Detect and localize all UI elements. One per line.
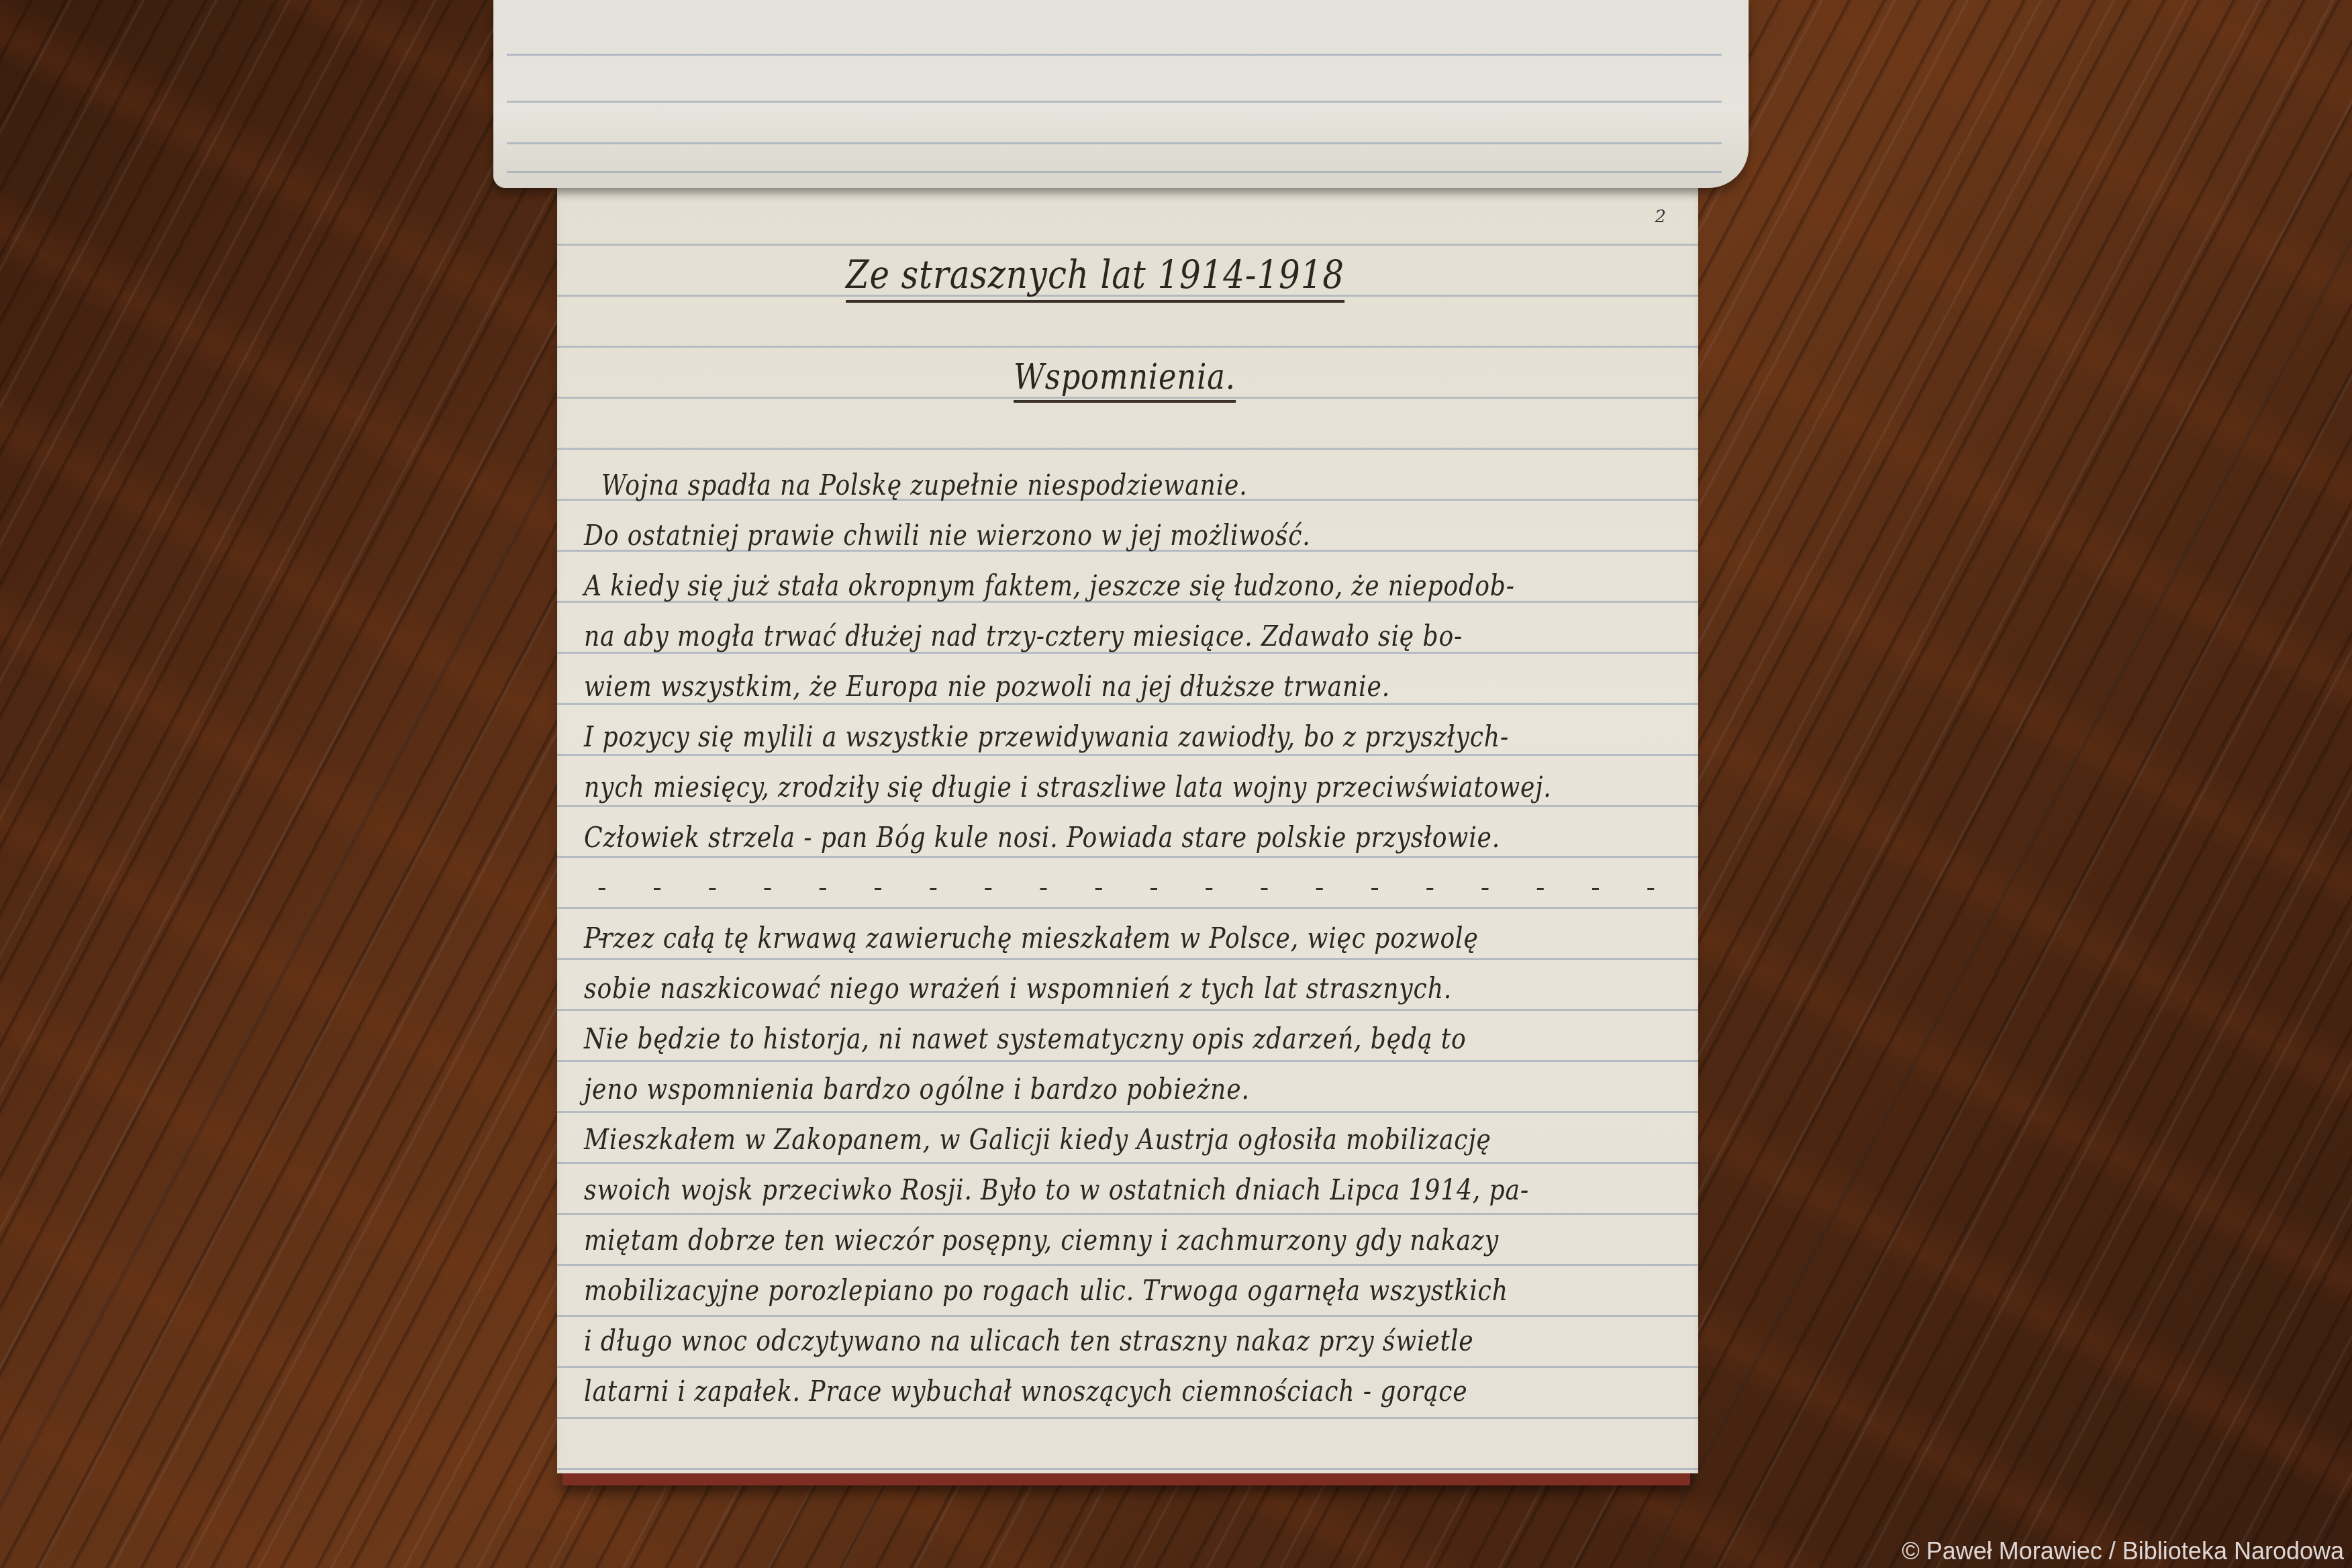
rule-line (507, 54, 1722, 56)
text-line: Człowiek strzela - pan Bóg kule nosi. Po… (584, 812, 1530, 863)
page-subtitle: Wspomnienia. (1014, 357, 1236, 403)
text-line: i długo wnoc odczytywano na ulicach ten … (584, 1316, 1530, 1366)
text-line: Przez całą tę krwawą zawieruchę mieszkał… (584, 913, 1530, 963)
rule-line (507, 171, 1722, 173)
text-line: Mieszkałem w Zakopanem, w Galicji kiedy … (584, 1114, 1530, 1165)
text-line: A kiedy się już stała okropnym faktem, j… (584, 560, 1530, 611)
page-number: 2 (1655, 207, 1666, 227)
rule-line (507, 142, 1722, 144)
text-line: sobie naszkicować niego wrażeń i wspomni… (584, 963, 1530, 1014)
text-line: mobilizacyjne porozlepiano po rogach uli… (584, 1265, 1530, 1316)
page-title: Ze strasznych lat 1914-1918 (846, 252, 1344, 303)
text-line: swoich wojsk przeciwko Rosji. Było to w … (584, 1165, 1530, 1215)
rule-line (507, 101, 1722, 103)
text-line: wiem wszystkim, że Europa nie pozwoli na… (584, 661, 1530, 712)
text-line: jeno wspomnienia bardzo ogólne i bardzo … (584, 1064, 1530, 1114)
notebook-page: 2 Ze strasznych lat 1914-1918 Wspomnieni… (557, 188, 1698, 1473)
text-line: I pozycy się mylili a wszystkie przewidy… (584, 712, 1530, 762)
text-line: latarni i zapałek. Prace wybuchał wnoszą… (584, 1366, 1530, 1416)
text-line: nych miesięcy, zrodziły się długie i str… (584, 762, 1530, 812)
text-line: Do ostatniej prawie chwili nie wierzono … (584, 510, 1530, 560)
text-line: miętam dobrze ten wieczór posępny, ciemn… (584, 1215, 1530, 1265)
text-line: na aby mogła trwać dłużej nad trzy-czter… (584, 611, 1530, 661)
dashed-separator: - - - - - - - - - - - - - - - - - - - - … (584, 863, 1685, 913)
text-line: Wojna spadła na Polskę zupełnie niespodz… (584, 460, 1530, 510)
text-line: Nie będzie to historja, ni nawet systema… (584, 1014, 1530, 1064)
copyright-watermark: © Paweł Morawiec / Biblioteka Narodowa (1902, 1537, 2344, 1565)
previous-page-curled (493, 0, 1749, 188)
handwritten-text: Wojna spadła na Polskę zupełnie niespodz… (584, 460, 1685, 1416)
